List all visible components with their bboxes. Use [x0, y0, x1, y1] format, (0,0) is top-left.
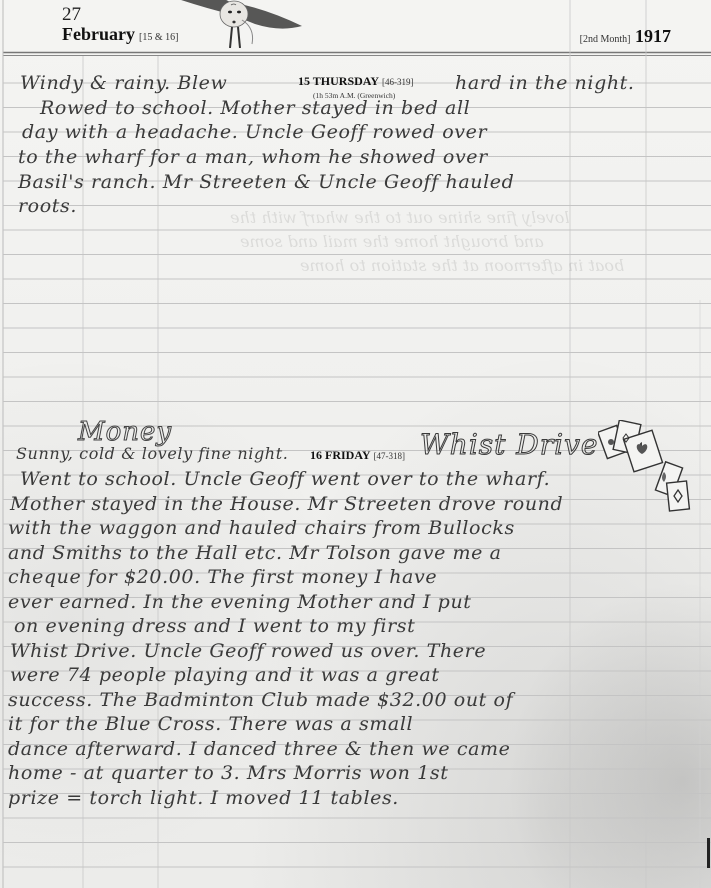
entry-line: it for the Blue Cross. There was a small: [8, 713, 413, 735]
entry-line: ever earned. In the evening Mother and I…: [8, 591, 472, 613]
playing-cards-icon: [598, 420, 698, 520]
entry-line: Sunny, cold & lovely fine night.: [16, 444, 288, 463]
month-year: [2nd Month] 1917: [580, 26, 671, 47]
day-range: [47-318]: [374, 451, 406, 461]
entry-line: cheque for $20.00. The first money I hav…: [8, 566, 437, 588]
entry-line: day with a headache. Uncle Geoff rowed o…: [22, 121, 487, 143]
money-doodle: Money: [78, 417, 172, 447]
date-heading-thursday: 15 THURSDAY[46-319]: [298, 74, 414, 89]
entry-line: with the waggon and hauled chairs from B…: [8, 517, 515, 539]
entry-line: on evening dress and I went to my first: [14, 615, 415, 637]
month-name: February: [62, 24, 135, 44]
entry-line: success. The Badminton Club made $32.00 …: [8, 689, 513, 711]
day-range: [46-319]: [382, 77, 414, 87]
date-label: 16 FRIDAY: [310, 448, 371, 462]
diary-page: 27 February[15 & 16] [2nd Month] 1917 lo…: [0, 0, 711, 888]
entry-line: roots.: [18, 195, 77, 217]
entry-line: Whist Drive. Uncle Geoff rowed us over. …: [10, 640, 486, 662]
month-ordinal: [2nd Month]: [580, 34, 631, 45]
entry-line: Basil's ranch. Mr Streeten & Uncle Geoff…: [18, 171, 514, 193]
month-heading: February[15 & 16]: [62, 24, 178, 45]
entry-line: Rowed to school. Mother stayed in bed al…: [40, 97, 470, 119]
entry-line: were 74 people playing and it was a grea…: [10, 664, 440, 686]
date-label: 15 THURSDAY: [298, 74, 379, 88]
entry-line: Went to school. Uncle Geoff went over to…: [20, 468, 550, 490]
bleed-through-line: lovely fine shine out to the wharf with …: [230, 208, 569, 227]
year: 1917: [635, 26, 671, 46]
entry-line: home - at quarter to 3. Mrs Morris won 1…: [8, 762, 448, 784]
entry-line: Mother stayed in the House. Mr Streeten …: [10, 493, 563, 515]
doll-sketch-icon: [170, 0, 310, 48]
entry-line: dance afterward. I danced three & then w…: [8, 738, 510, 760]
date-heading-friday: 16 FRIDAY[47-318]: [310, 448, 405, 463]
entry-line: to the wharf for a man, whom he showed o…: [18, 146, 488, 168]
page-number: 27: [62, 4, 81, 26]
entry-line: Windy & rainy. Blew: [20, 72, 227, 94]
entry-line: and Smiths to the Hall etc. Mr Tolson ga…: [8, 542, 502, 564]
entry-line: prize = torch light. I moved 11 tables.: [8, 787, 399, 809]
whist-drive-doodle: Whist Drive: [420, 428, 598, 461]
bleed-through-line: and brought home the mail and some: [240, 232, 544, 251]
entry-line: hard in the night.: [455, 72, 635, 94]
bleed-through-line: boat in afternoon at the station to home: [300, 256, 624, 275]
